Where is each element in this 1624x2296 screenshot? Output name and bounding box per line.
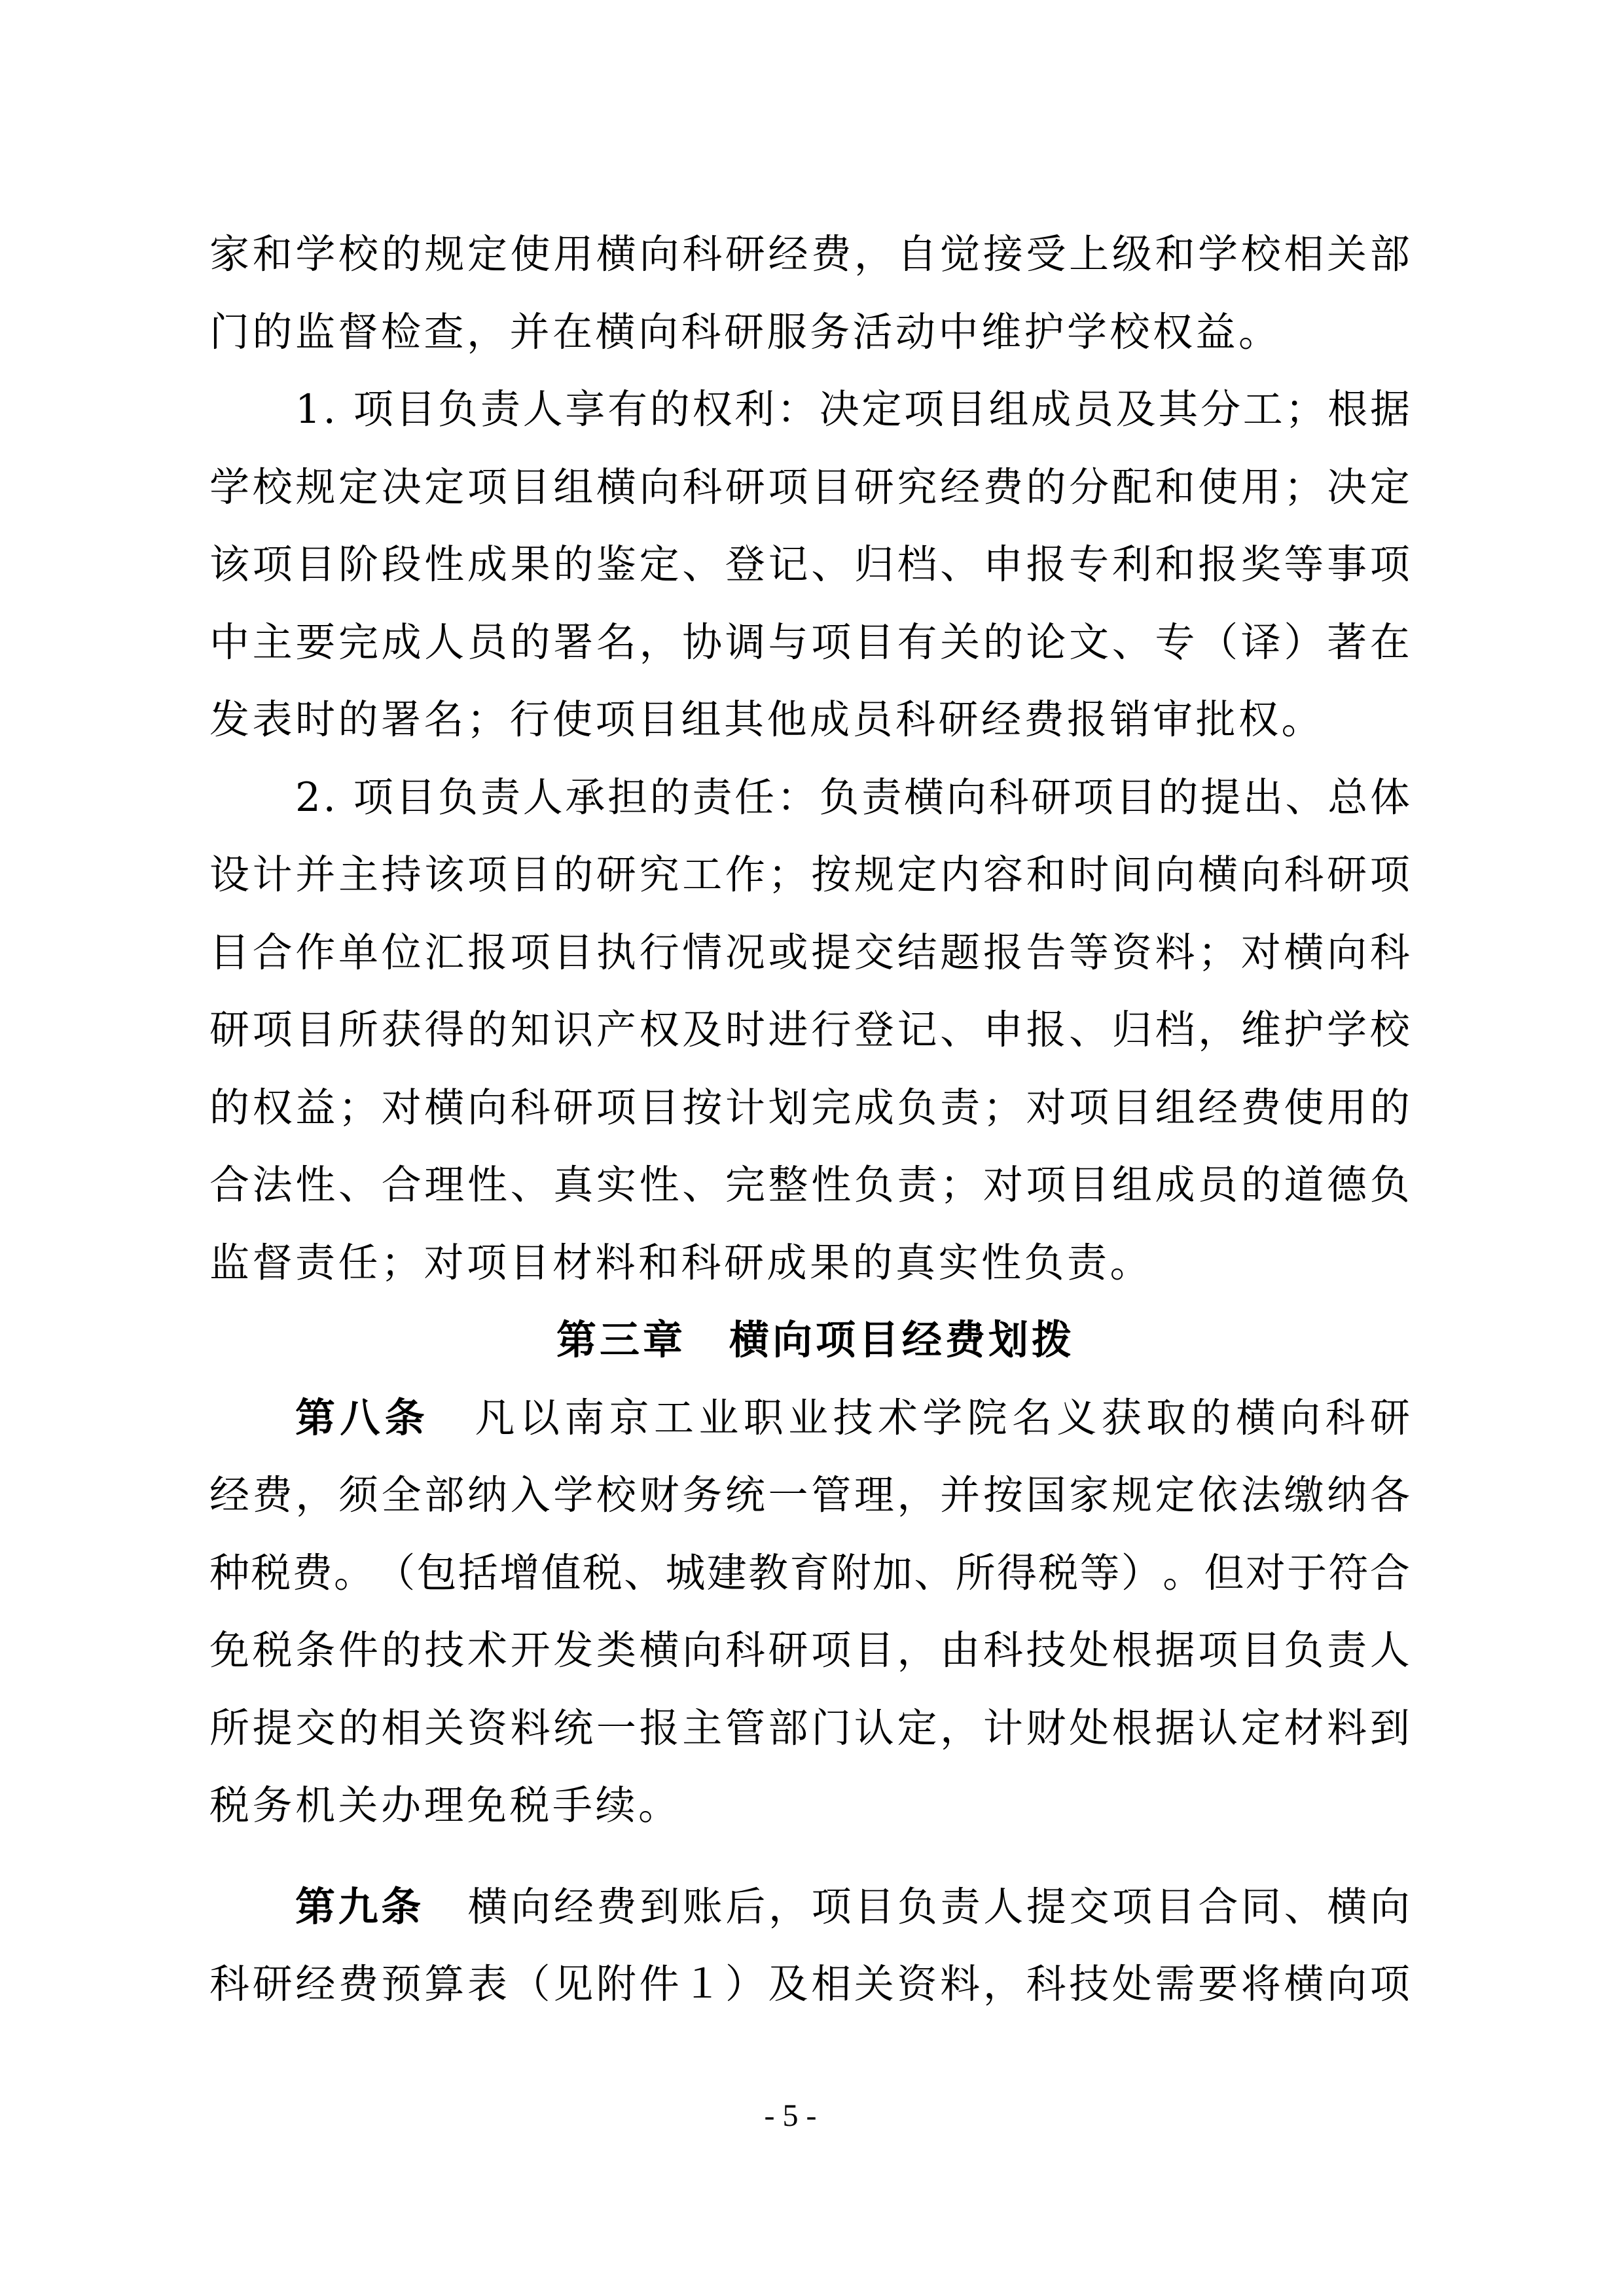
paragraph-line: 税务机关办理免税手续。 <box>209 1767 1410 1845</box>
paragraph-line: 种税费。（包括增值税、城建教育附加、所得税等）。但对于符合 <box>209 1535 1410 1613</box>
article-9-first-line: 第九条横向经费到账后，项目负责人提交项目合同、横向 <box>209 1869 1410 1946</box>
list-item-rights: 1. 项目负责人享有的权利：决定项目组成员及其分工；根据 <box>209 371 1410 449</box>
document-page: 家和学校的规定使用横向科研经费，自觉接受上级和学校相关部 门的监督检查，并在横向… <box>0 0 1624 2296</box>
paragraph-line: 免税条件的技术开发类横向科研项目，由科技处根据项目负责人 <box>209 1612 1410 1690</box>
chapter-number: 第三章 <box>556 1317 686 1363</box>
paragraph-line: 目合作单位汇报项目执行情况或提交结题报告等资料；对横向科 <box>209 914 1410 992</box>
paragraph-line: 设计并主持该项目的研究工作；按规定内容和时间向横向科研项 <box>209 836 1410 914</box>
paragraph-line: 该项目阶段性成果的鉴定、登记、归档、申报专利和报奖等事项 <box>209 526 1410 604</box>
article-text: 横向经费到账后，项目负责人提交项目合同、横向 <box>465 1884 1410 1930</box>
article-8-first-line: 第八条凡以南京工业职业技术学院名义获取的横向科研 <box>209 1380 1410 1458</box>
article-label: 第八条 <box>295 1395 429 1441</box>
article-label: 第九条 <box>295 1884 424 1930</box>
paragraph-line: 经费，须全部纳入学校财务统一管理，并按国家规定依法缴纳各 <box>209 1457 1410 1535</box>
paragraph-line: 科研经费预算表（见附件１）及相关资料，科技处需要将横向项 <box>209 1946 1410 2024</box>
chapter-heading: 第三章横向项目经费划拨 <box>209 1302 1410 1380</box>
list-item-responsibilities: 2. 项目负责人承担的责任：负责横向科研项目的提出、总体 <box>209 759 1410 837</box>
paragraph-line: 监督责任；对项目材料和科研成果的真实性负责。 <box>209 1225 1410 1302</box>
article-text: 凡以南京工业职业技术学院名义获取的横向科研 <box>470 1395 1410 1441</box>
paragraph-line: 发表时的署名；行使项目组其他成员科研经费报销审批权。 <box>209 681 1410 759</box>
paragraph-line: 研项目所获得的知识产权及时进行登记、申报、归档，维护学校 <box>209 992 1410 1069</box>
page-number: - 5 - <box>0 2098 1624 2134</box>
paragraph-line: 家和学校的规定使用横向科研经费，自觉接受上级和学校相关部 <box>209 216 1410 294</box>
chapter-title: 横向项目经费划拨 <box>729 1317 1075 1363</box>
paragraph-line: 的权益；对横向科研项目按计划完成负责；对项目组经费使用的 <box>209 1069 1410 1147</box>
paragraph-line: 合法性、合理性、真实性、完整性负责；对项目组成员的道德负 <box>209 1147 1410 1225</box>
paragraph-line: 门的监督检查，并在横向科研服务活动中维护学校权益。 <box>209 294 1410 372</box>
paragraph-line: 中主要完成人员的署名，协调与项目有关的论文、专（译）著在 <box>209 604 1410 682</box>
body-text: 家和学校的规定使用横向科研经费，自觉接受上级和学校相关部 门的监督检查，并在横向… <box>209 216 1410 2024</box>
paragraph-line: 学校规定决定项目组横向科研项目研究经费的分配和使用；决定 <box>209 449 1410 527</box>
paragraph-line: 所提交的相关资料统一报主管部门认定，计财处根据认定材料到 <box>209 1690 1410 1768</box>
